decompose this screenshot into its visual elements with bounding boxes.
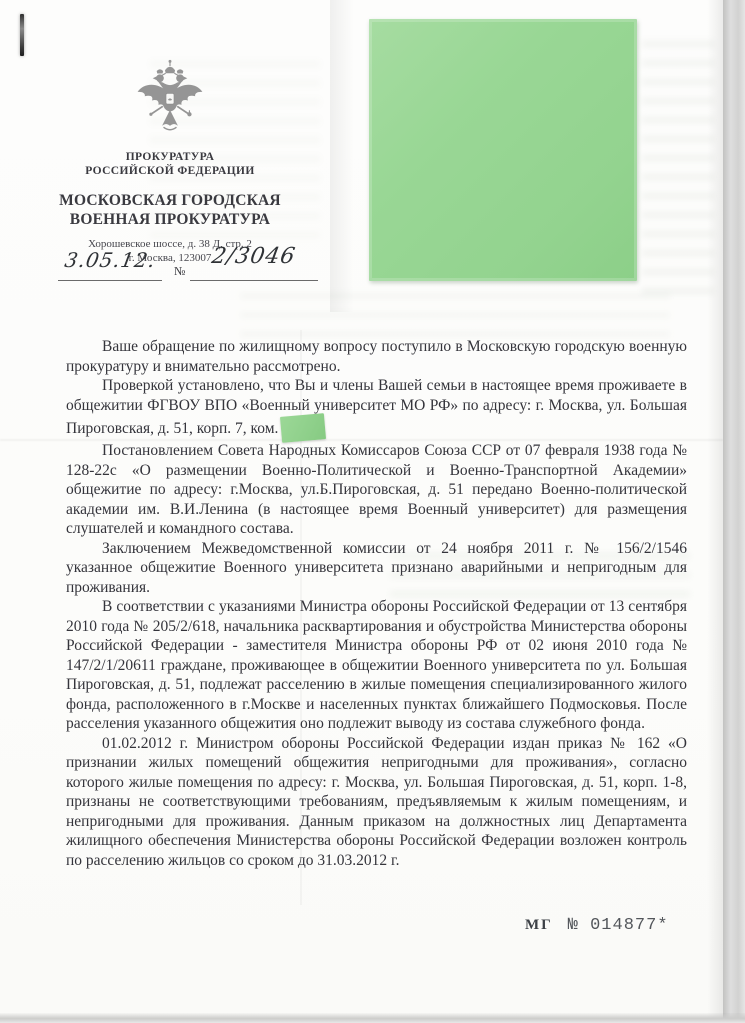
- paragraph: Проверкой установлено, что Вы и члены Ва…: [66, 376, 687, 441]
- org-federal-title: ПРОКУРАТУРА РОССИЙСКОЙ ФЕДЕРАЦИИ: [56, 150, 284, 178]
- ink-bleed-through: [642, 40, 714, 295]
- scanner-edge-right: [723, 0, 745, 1023]
- org-federal-title-line2: РОССИЙСКОЙ ФЕДЕРАЦИИ: [56, 164, 284, 178]
- org-name-line1: МОСКОВСКАЯ ГОРОДСКАЯ: [56, 191, 284, 210]
- fold-shadow-top: [330, 0, 354, 312]
- paragraph-text: Проверкой установлено, что Вы и члены Ва…: [66, 377, 687, 437]
- handwritten-number-field: 2/3046: [190, 244, 318, 281]
- staple: [20, 14, 24, 56]
- paragraph-text: 01.02.2012 г. Министром обороны Российск…: [66, 735, 687, 869]
- reference-row: 3.05.12. № 2/3046: [58, 248, 318, 288]
- paragraph: Ваше обращение по жилищному вопросу пост…: [66, 337, 687, 376]
- small-green-sticker: [280, 413, 326, 443]
- handwritten-date: 3.05.12.: [63, 248, 158, 272]
- stamp-series: МГ: [525, 917, 553, 934]
- paragraph-text: Заключением Межведомственной комиссии от…: [66, 540, 687, 596]
- paragraph-text: В соответствии с указаниями Министра обо…: [66, 598, 687, 732]
- coat-of-arms-eagle-icon: [134, 58, 206, 146]
- paragraph-text: Постановлением Совета Народных Комиссаро…: [66, 442, 687, 537]
- paragraph: В соответствии с указаниями Министра обо…: [66, 597, 687, 734]
- scanned-letter-page: ПРОКУРАТУРА РОССИЙСКОЙ ФЕДЕРАЦИИ МОСКОВС…: [0, 0, 745, 1023]
- handwritten-date-field: 3.05.12.: [58, 248, 162, 281]
- letter-body: Ваше обращение по жилищному вопросу пост…: [66, 337, 687, 870]
- paragraph: Постановлением Совета Народных Комиссаро…: [66, 441, 687, 539]
- paragraph: Заключением Межведомственной комиссии от…: [66, 539, 687, 598]
- letterhead: ПРОКУРАТУРА РОССИЙСКОЙ ФЕДЕРАЦИИ МОСКОВС…: [56, 58, 284, 265]
- scanner-edge-bottom: [0, 1013, 745, 1023]
- org-name: МОСКОВСКАЯ ГОРОДСКАЯ ВОЕННАЯ ПРОКУРАТУРА: [56, 191, 284, 229]
- number-sign: №: [174, 264, 185, 279]
- page-edge-shadow: [707, 0, 723, 1023]
- green-sticky-note: [369, 19, 637, 281]
- ink-bleed-through: [240, 292, 670, 338]
- stamp-number: № 014877*: [568, 916, 669, 935]
- paragraph: 01.02.2012 г. Министром обороны Российск…: [66, 734, 687, 871]
- form-serial-stamp: МГ № 014877*: [525, 916, 669, 935]
- org-name-line2: ВОЕННАЯ ПРОКУРАТУРА: [56, 210, 284, 229]
- handwritten-number: 2/3046: [210, 244, 298, 269]
- org-federal-title-line1: ПРОКУРАТУРА: [56, 150, 284, 164]
- paragraph-text: Ваше обращение по жилищному вопросу пост…: [66, 338, 687, 375]
